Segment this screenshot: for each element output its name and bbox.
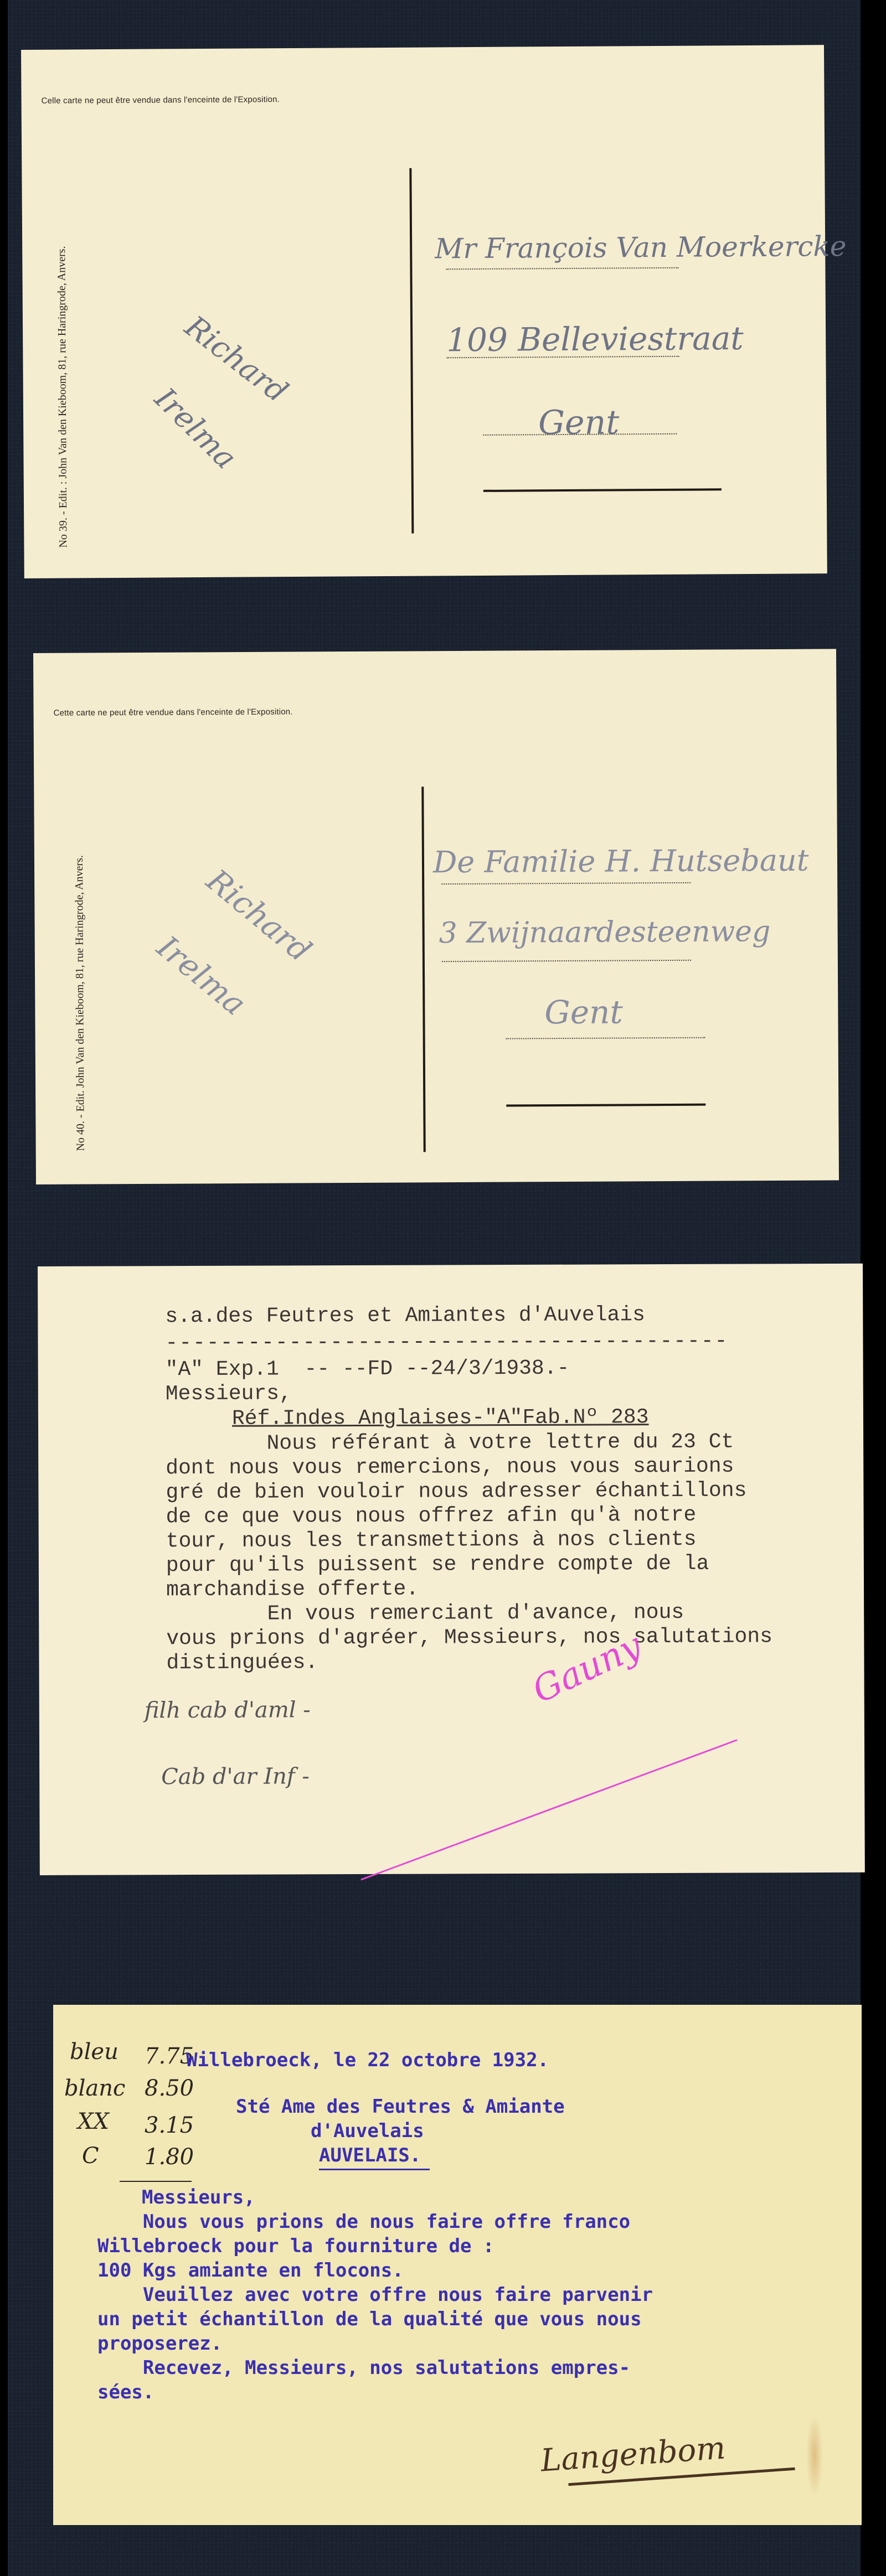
subject-line: Réf.Indes Anglaises-"A"Fab.Nº 283 — [232, 1405, 649, 1431]
publisher-imprint: No 40. - Edit. John Van den Kieboom, 81,… — [73, 855, 87, 1151]
price-label: XX — [78, 2109, 109, 2134]
pencil-note: filh cab d'aml - — [145, 1697, 311, 1723]
body-line: un petit échantillon de la qualité que v… — [97, 2307, 642, 2331]
address-rule — [446, 267, 678, 270]
body-line: 100 Kgs amiante en flocons. — [97, 2258, 404, 2283]
salutation: Messieurs, — [142, 2185, 255, 2210]
address-rule — [506, 1037, 705, 1039]
body-line: Nous référant à votre lettre du 23 Ct — [166, 1430, 734, 1457]
sender-name: Richard — [199, 862, 317, 969]
card-divider — [421, 787, 425, 1152]
address-rule — [442, 960, 691, 962]
paper-stain — [806, 2414, 823, 2497]
signature-flourish — [349, 1718, 749, 1886]
print-note: Celle carte ne peut être vendue dans l'e… — [42, 95, 280, 106]
recipient-line: d'Auvelais — [311, 2119, 424, 2143]
pencil-note: Cab d'ar Inf - — [161, 1763, 310, 1789]
body-line: vous prions d'agréer, Messieurs, nos sal… — [166, 1625, 772, 1651]
salutation: Messieurs, — [166, 1382, 292, 1406]
body-line: Willebroeck pour la fourniture de : — [97, 2234, 494, 2258]
body-line: proposerez. — [97, 2331, 222, 2356]
publisher-imprint: No 39. - Edit. : John Van den Kieboom, 8… — [55, 246, 70, 547]
address-line: 109 Belleviestraat — [446, 319, 744, 359]
address-line: Gent — [538, 403, 620, 442]
address-line: Mr François Van Moerkercke — [435, 230, 846, 265]
address-rule-bottom — [506, 1104, 705, 1107]
address-line: Gent — [544, 993, 623, 1031]
address-rule — [441, 882, 691, 884]
price-value: 3.15 — [145, 2113, 194, 2138]
letter-header: s.a.des Feutres et Amiantes d'Auvelais — [165, 1303, 645, 1329]
recipient-underline — [319, 2169, 430, 2170]
brown-signature: Langenbom — [539, 2430, 727, 2479]
body-line: dont nous vous remercions, nous vous sau… — [166, 1455, 734, 1481]
address-line: De Familie H. Hutsebaut — [433, 843, 809, 880]
body-line: Recevez, Messieurs, nos salutations empr… — [97, 2356, 630, 2380]
postcard-39: Celle carte ne peut être vendue dans l'e… — [21, 45, 827, 578]
place-date: Willebroeck, le 22 octobre 1932. — [186, 2048, 549, 2072]
sum-rule — [120, 2181, 192, 2182]
body-line: pour qu'ils puissent se rendre compte de… — [166, 1552, 709, 1578]
body-line: distinguées. — [166, 1651, 318, 1675]
recipient-line: AUVELAIS. — [319, 2143, 421, 2168]
price-value: 8.50 — [145, 2076, 194, 2101]
body-line: Veuillez avec votre offre nous faire par… — [97, 2283, 653, 2307]
letter-1938: s.a.des Feutres et Amiantes d'Auvelais -… — [38, 1264, 865, 1875]
recipient-line: Sté Ame des Feutres & Amiante — [236, 2094, 565, 2119]
body-line: En vous remerciant d'avance, nous — [166, 1601, 684, 1627]
sender-name: Irelma — [148, 381, 243, 475]
body-line: marchandise offerte. — [166, 1577, 419, 1603]
postcard-40: Cette carte ne peut être vendue dans l'e… — [33, 649, 839, 1184]
address-rule-bottom — [483, 488, 722, 492]
price-value: 1.80 — [145, 2144, 194, 2170]
sender-name: Richard — [178, 309, 294, 410]
card-divider — [409, 168, 414, 534]
body-line: sées. — [97, 2380, 154, 2404]
body-line: gré de bien vouloir nous adresser échant… — [166, 1479, 746, 1506]
reference-line: "A" Exp.1 -- --FD --24/3/1938.- — [166, 1357, 570, 1383]
price-label: C — [82, 2143, 99, 2169]
body-line: tour, nous les transmettions à nos clien… — [166, 1528, 697, 1554]
body-line: Nous vous prions de nous faire offre fra… — [97, 2210, 630, 2234]
price-label: blanc — [64, 2076, 125, 2101]
print-note: Cette carte ne peut être vendue dans l'e… — [54, 707, 293, 718]
letter-separator: ----------------------------------------… — [165, 1330, 728, 1356]
address-line: 3 Zwijnaardesteenweg — [439, 915, 771, 950]
price-label: bleu — [70, 2039, 119, 2065]
sender-name: Irelma — [150, 929, 253, 1023]
letter-1932: bleu 7.75 blanc 8.50 XX 3.15 C 1.80 Will… — [53, 2005, 862, 2525]
body-line: de ce que vous nous offrez afin qu'à not… — [166, 1503, 697, 1529]
